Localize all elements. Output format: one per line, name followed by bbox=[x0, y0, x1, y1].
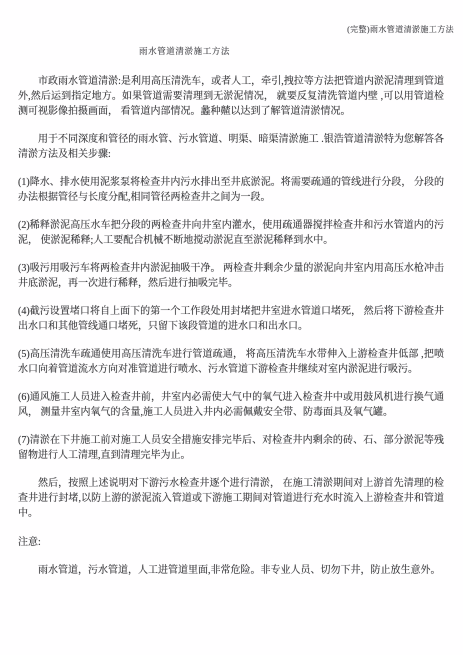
paragraph: (1)降水、排水使用泥浆泵将检查井内污水排出至井底淤泥。将需要疏通的管线进行分段… bbox=[18, 175, 444, 205]
paragraph: (5)高压清洗车疏通使用高压清洗车进行管道疏通， 将高压清洗车水带伸入上游检查井… bbox=[18, 347, 444, 377]
paragraph: (4)截污设置堵口将自上面下的第一个工作段处用封堵把井室进水管道口堵死， 然后将… bbox=[18, 304, 444, 334]
paragraph: 用于不同深度和管径的雨水管、污水管道、明渠、暗渠清淤施工 .银浩管道清淤特为您解… bbox=[18, 132, 444, 162]
header-title-text: (完整)雨水管道清淤施工方法 bbox=[347, 25, 454, 34]
note-label: 注意: bbox=[18, 535, 444, 550]
paragraph: (7)清淤在下井施工前对施工人员安全措施安排完毕后、对检查井内剩余的砖、石、部分… bbox=[18, 433, 444, 463]
paragraph: (6)通风施工人员进入检查井前，井室内必需使大气中的氧气进入检查井中或用鼓风机进… bbox=[18, 390, 444, 420]
paragraph: 市政雨水管道清淤:是利用高压清洗车，或者人工，牵引,拽拉等方法把管道内淤泥清理到… bbox=[18, 74, 444, 119]
document-title: 雨水管道清淤施工方法 bbox=[139, 45, 230, 57]
page-header: (完整)雨水管道清淤施工方法 bbox=[347, 24, 454, 35]
paragraph: (3)吸污用吸污车将两检查井内淤泥抽吸干净。 两检查井剩余少量的淤泥向井室内用高… bbox=[18, 261, 444, 291]
document-page: (完整)雨水管道清淤施工方法 雨水管道清淤施工方法 市政雨水管道清淤:是利用高压… bbox=[0, 0, 463, 655]
note-text: 雨水管道，污水管道，人工进管道里面,非常危险。非专业人员、切勿下井，防止放生意外… bbox=[18, 563, 444, 578]
paragraph: (2)稀释淤泥高压水车把分段的两检查井向井室内灌水，使用疏通器搅拌检查井和污水管… bbox=[18, 218, 444, 248]
paragraph: 然后，按照上述说明对下游污水检查井逐个进行清淤， 在施工清淤期间对上游首先清理的… bbox=[18, 476, 444, 521]
document-body: 市政雨水管道清淤:是利用高压清洗车，或者人工，牵引,拽拉等方法把管道内淤泥清理到… bbox=[18, 74, 444, 591]
